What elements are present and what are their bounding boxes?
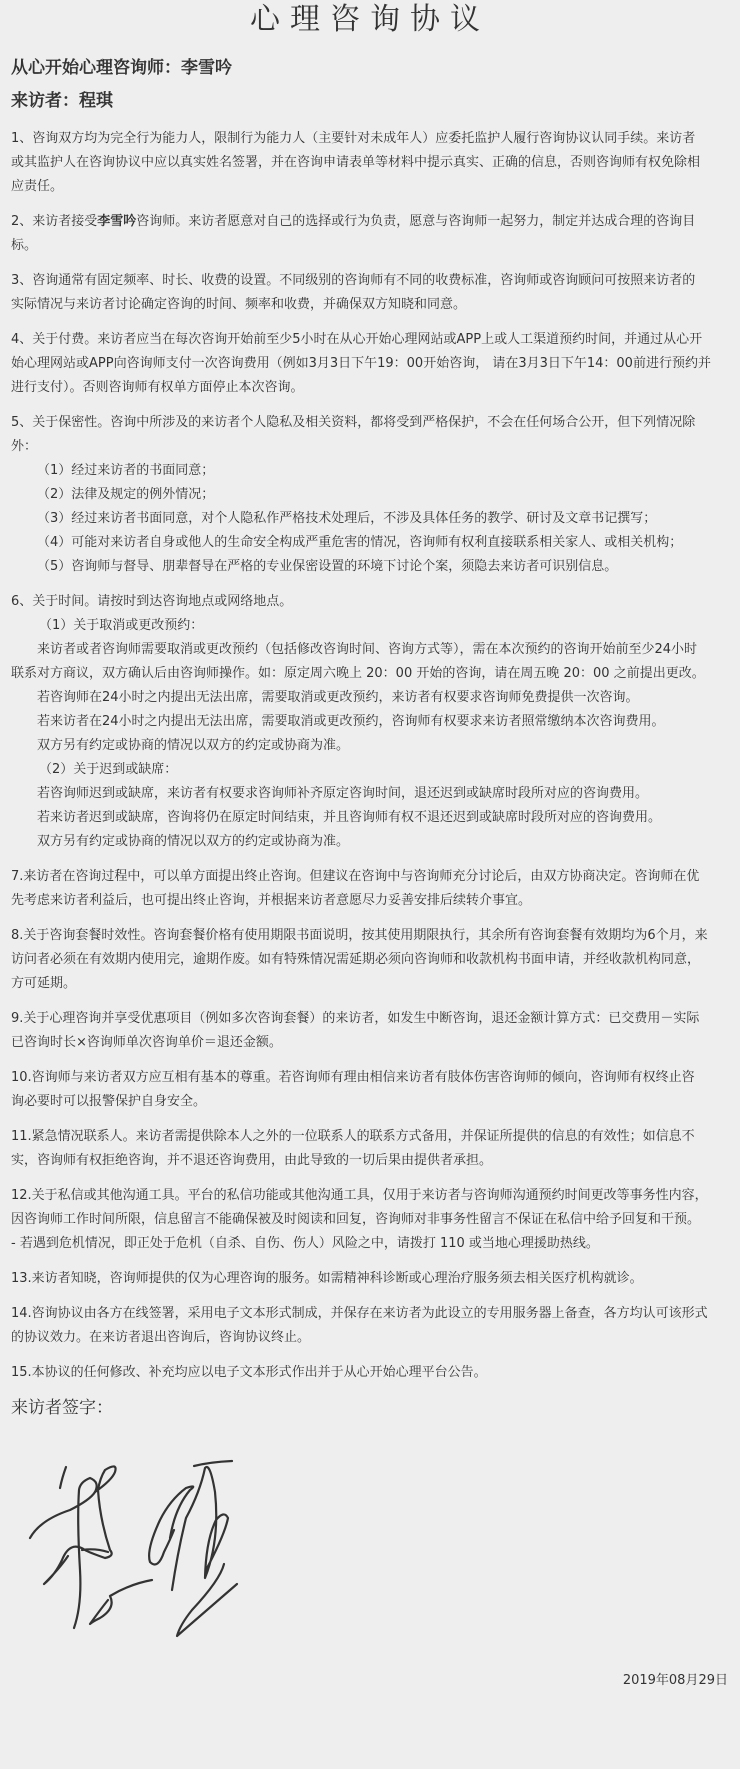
clause-line: 12.关于私信或其他沟通工具。平台的私信功能或其他沟通工具，仅用于来访者与咨询师… <box>11 1184 731 1208</box>
clause-line: 因咨询师工作时间所限，信息留言不能确保被及时阅读和回复，咨询师对非事务性留言不保… <box>11 1208 731 1232</box>
clause-3: 3、咨询通常有固定频率、时长、收费的设置。不同级别的咨询师有不同的收费标准，咨询… <box>11 269 731 317</box>
clause-line: 实，咨询师有权拒绝咨询，并不退还咨询费用，由此导致的一切后果由提供者承担。 <box>11 1149 731 1173</box>
clause-line: 14.咨询协议由各方在线签署，采用电子文本形式制成，并保存在来访者为此设立的专用… <box>11 1302 731 1326</box>
clause-11: 11.紧急情况联系人。来访者需提供除本人之外的一位联系人的联系方式备用，并保证所… <box>11 1125 731 1173</box>
clause-text: 咨询师。来访者愿意对自己的选择或行为负责，愿意与咨询师一起努力，制定并达成合理的… <box>136 214 695 229</box>
clause-line: 9.关于心理咨询并享受优惠项目（例如多次咨询套餐）的来访者，如发生中断咨询，退还… <box>11 1007 731 1031</box>
confidentiality-exception: （4）可能对来访者自身或他人的生命安全构成严重危害的情况，咨询师有权利直接联系相… <box>11 531 731 555</box>
clause-line: 已咨询时长×咨询师单次咨询单价＝退还金额。 <box>11 1031 731 1055</box>
clause-line: 1、咨询双方均为完全行为能力人，限制行为能力人（主要针对未成年人）应委托监护人履… <box>11 127 731 151</box>
confidentiality-exception: （1）经过来访者的书面同意； <box>11 459 731 483</box>
clause-2: 2、来访者接受李雪吟咨询师。来访者愿意对自己的选择或行为负责，愿意与咨询师一起努… <box>11 210 731 258</box>
clause-line: 询必要时可以报警保护自身安全。 <box>11 1090 731 1114</box>
crisis-hotline-note: - 若遇到危机情况，即正处于危机（自杀、自伤、伤人）风险之中，请拨打 110 或… <box>11 1232 731 1256</box>
clause-line: 双方另有约定或协商的情况以双方的约定或协商为准。 <box>11 830 731 854</box>
clause-line: 应责任。 <box>11 175 731 199</box>
clause-line: 标。 <box>11 234 731 258</box>
clause-4: 4、关于付费。来访者应当在每次咨询开始前至少5小时在从心开始心理网站或APP上或… <box>11 328 731 400</box>
counselor-label: 从心开始心理咨询师： <box>11 58 181 78</box>
clause-12: 12.关于私信或其他沟通工具。平台的私信功能或其他沟通工具，仅用于来访者与咨询师… <box>11 1184 731 1256</box>
clause-line: 或其监护人在咨询协议中应以真实姓名签署，并在咨询申请表单等材料中提示真实、正确的… <box>11 151 731 175</box>
clause-line: 进行支付）。否则咨询师有权单方面停止本次咨询。 <box>11 376 731 400</box>
handwritten-signature <box>0 1400 740 1700</box>
clause-line: 若咨询师在24小时之内提出无法出席，需要取消或更改预约，来访者有权要求咨询师免费… <box>11 686 731 710</box>
subclause-title: （1）关于取消或更改预约： <box>11 614 731 638</box>
confidentiality-exception: （2）法律及规定的例外情况； <box>11 483 731 507</box>
clause-10: 10.咨询师与来访者双方应互相有基本的尊重。若咨询师有理由相信来访者有肢体伤害咨… <box>11 1066 731 1114</box>
clause-line: 4、关于付费。来访者应当在每次咨询开始前至少5小时在从心开始心理网站或APP上或… <box>11 328 731 352</box>
clause-15: 15.本协议的任何修改、补充均应以电子文本形式作出并于从心开始心理平台公告。 <box>11 1361 731 1385</box>
page-title: 心理咨询协议 <box>0 0 740 40</box>
clause-7: 7.来访者在咨询过程中，可以单方面提出终止咨询。但建议在咨询中与咨询师充分讨论后… <box>11 865 731 913</box>
clause-line: 的协议效力。在来访者退出咨询后，咨询协议终止。 <box>11 1326 731 1350</box>
clause-6: 6、关于时间。请按时到达咨询地点或网络地点。 （1）关于取消或更改预约： 来访者… <box>11 590 731 854</box>
clause-text: 2、来访者接受 <box>11 214 97 229</box>
signing-date: 2019年08月29日 <box>623 1672 728 1690</box>
visitor-name: 程琪 <box>79 91 113 111</box>
counselor-name: 李雪吟 <box>181 58 232 78</box>
clause-line: 双方另有约定或协商的情况以双方的约定或协商为准。 <box>11 734 731 758</box>
counselor-name-inline: 李雪吟 <box>97 214 136 229</box>
clause-8: 8.关于咨询套餐时效性。咨询套餐价格有使用期限书面说明，按其使用期限执行，其余所… <box>11 924 731 996</box>
clause-line: 若咨询师迟到或缺席，来访者有权要求咨询师补齐原定咨询时间，退还迟到或缺席时段所对… <box>11 782 731 806</box>
clause-14: 14.咨询协议由各方在线签署，采用电子文本形式制成，并保存在来访者为此设立的专用… <box>11 1302 731 1350</box>
clause-1: 1、咨询双方均为完全行为能力人，限制行为能力人（主要针对未成年人）应委托监护人履… <box>11 127 731 199</box>
clause-line: 10.咨询师与来访者双方应互相有基本的尊重。若咨询师有理由相信来访者有肢体伤害咨… <box>11 1066 731 1090</box>
clause-line: 方可延期。 <box>11 972 731 996</box>
clause-line: 实际情况与来访者讨论确定咨询的时间、频率和收费，并确保双方知晓和同意。 <box>11 293 731 317</box>
clause-line: 13.来访者知晓，咨询师提供的仅为心理咨询的服务。如需精神科诊断或心理治疗服务须… <box>11 1267 731 1291</box>
confidentiality-exception: （3）经过来访者书面同意，对个人隐私作严格技术处理后，不涉及具体任务的教学、研讨… <box>11 507 731 531</box>
clause-line: 3、咨询通常有固定频率、时长、收费的设置。不同级别的咨询师有不同的收费标准，咨询… <box>11 269 731 293</box>
clause-line: 5、关于保密性。咨询中所涉及的来访者个人隐私及相关资料，都将受到严格保护，不会在… <box>11 411 731 435</box>
clause-5: 5、关于保密性。咨询中所涉及的来访者个人隐私及相关资料，都将受到严格保护，不会在… <box>11 411 731 579</box>
clause-line: 8.关于咨询套餐时效性。咨询套餐价格有使用期限书面说明，按其使用期限执行，其余所… <box>11 924 731 948</box>
clause-line: 2、来访者接受李雪吟咨询师。来访者愿意对自己的选择或行为负责，愿意与咨询师一起努… <box>11 210 731 234</box>
clause-9: 9.关于心理咨询并享受优惠项目（例如多次咨询套餐）的来访者，如发生中断咨询，退还… <box>11 1007 731 1055</box>
clause-line: 访问者必须在有效期内使用完，逾期作废。如有特殊情况需延期必须向咨询师和收款机构书… <box>11 948 731 972</box>
agreement-body: 1、咨询双方均为完全行为能力人，限制行为能力人（主要针对未成年人）应委托监护人履… <box>11 127 731 1396</box>
clause-line: 先考虑来访者利益后，也可提出终止咨询，并根据来访者意愿尽力妥善安排后续转介事宜。 <box>11 889 731 913</box>
counselor-line: 从心开始心理咨询师：李雪吟 <box>11 56 232 80</box>
clause-line: 来访者或者咨询师需要取消或更改预约（包括修改咨询时间、咨询方式等），需在本次预约… <box>11 638 731 662</box>
clause-line: 15.本协议的任何修改、补充均应以电子文本形式作出并于从心开始心理平台公告。 <box>11 1361 731 1385</box>
clause-line: 联系对方商议，双方确认后由咨询师操作。如：原定周六晚上 20：00 开始的咨询，… <box>11 662 731 686</box>
clause-13: 13.来访者知晓，咨询师提供的仅为心理咨询的服务。如需精神科诊断或心理治疗服务须… <box>11 1267 731 1291</box>
clause-line: 若来访者迟到或缺席，咨询将仍在原定时间结束，并且咨询师有权不退还迟到或缺席时段所… <box>11 806 731 830</box>
agreement-page: 心理咨询协议 从心开始心理咨询师：李雪吟 来访者：程琪 1、咨询双方均为完全行为… <box>0 0 740 1769</box>
clause-line: 外： <box>11 435 731 459</box>
confidentiality-exception: （5）咨询师与督导、朋辈督导在严格的专业保密设置的环境下讨论个案，须隐去来访者可… <box>11 555 731 579</box>
subclause-title: （2）关于迟到或缺席： <box>11 758 731 782</box>
visitor-line: 来访者：程琪 <box>11 89 113 113</box>
clause-line: 若来访者在24小时之内提出无法出席，需要取消或更改预约，咨询师有权要求来访者照常… <box>11 710 731 734</box>
clause-line: 6、关于时间。请按时到达咨询地点或网络地点。 <box>11 590 731 614</box>
clause-line: 始心理网站或APP向咨询师支付一次咨询费用（例如3月3日下午19：00开始咨询，… <box>11 352 731 376</box>
clause-line: 7.来访者在咨询过程中，可以单方面提出终止咨询。但建议在咨询中与咨询师充分讨论后… <box>11 865 731 889</box>
visitor-label: 来访者： <box>11 91 79 111</box>
clause-line: 11.紧急情况联系人。来访者需提供除本人之外的一位联系人的联系方式备用，并保证所… <box>11 1125 731 1149</box>
